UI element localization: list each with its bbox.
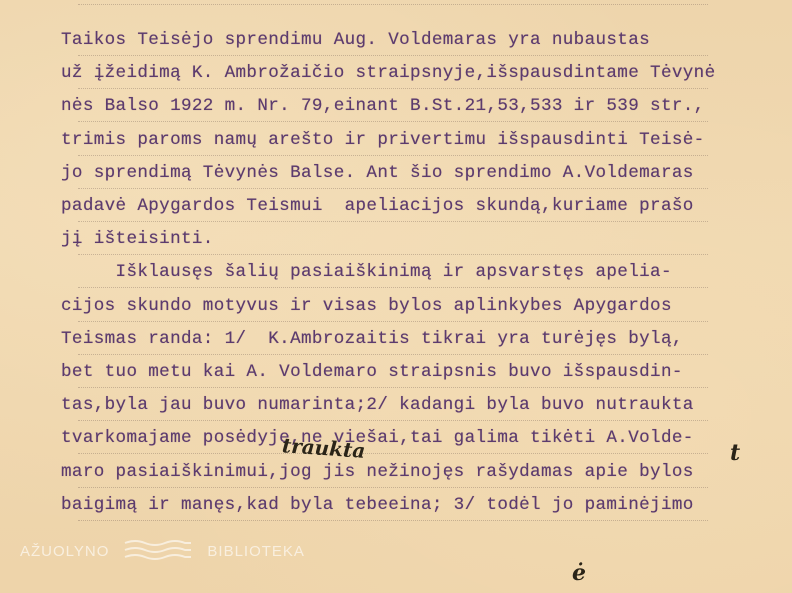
handwritten-correction-t: t bbox=[730, 440, 740, 466]
text-line: tas,byla jau buvo numarinta;2/ kadangi b… bbox=[61, 395, 694, 415]
watermark-left-text: AŽUOLYNO bbox=[20, 543, 109, 560]
dotted-guide-rule bbox=[78, 453, 708, 454]
text-line: cijos skundo motyvus ir visas bylos apli… bbox=[61, 296, 672, 316]
dotted-guide-rule bbox=[78, 387, 708, 388]
handwritten-correction-traukta: traukta bbox=[281, 433, 366, 463]
text-line: jį išteisinti. bbox=[61, 229, 214, 249]
text-line: tvarkomajame posėdyje,ne viešai,tai gali… bbox=[61, 428, 694, 448]
scanned-document-page: Taikos Teisėjo sprendimu Aug. Voldemaras… bbox=[0, 0, 792, 593]
dotted-guide-rule bbox=[78, 55, 708, 56]
dotted-guide-rule bbox=[78, 287, 708, 288]
watermark-right-text: BIBLIOTEKA bbox=[207, 543, 305, 560]
dotted-guide-rule bbox=[78, 121, 708, 122]
handwritten-correction-e: ė bbox=[572, 560, 586, 586]
dotted-guide-rule bbox=[78, 487, 708, 488]
library-watermark: AŽUOLYNO BIBLIOTEKA bbox=[20, 538, 305, 564]
text-line: už įžeidimą K. Ambrožaičio straipsnyje,i… bbox=[61, 63, 715, 83]
text-line: baigimą ir manęs,kad byla tebeeina; 3/ t… bbox=[61, 495, 694, 515]
dotted-guide-rule bbox=[78, 4, 708, 5]
waves-logo-icon bbox=[123, 538, 193, 564]
text-line: nės Balso 1922 m. Nr. 79,einant B.St.21,… bbox=[61, 96, 705, 116]
dotted-guide-rule bbox=[78, 420, 708, 421]
dotted-guide-rule bbox=[78, 354, 708, 355]
text-line: padavė Apygardos Teismui apeliacijos sku… bbox=[61, 196, 694, 216]
dotted-guide-rule bbox=[78, 254, 708, 255]
dotted-guide-rule bbox=[78, 520, 708, 521]
text-line: jo sprendimą Tėvynės Balse. Ant šio spre… bbox=[61, 163, 694, 183]
text-line: Taikos Teisėjo sprendimu Aug. Voldemaras… bbox=[61, 30, 650, 50]
dotted-guide-rule bbox=[78, 188, 708, 189]
text-line: trimis paroms namų arešto ir privertimu … bbox=[61, 130, 705, 150]
dotted-guide-rule bbox=[78, 321, 708, 322]
dotted-guide-rule bbox=[78, 221, 708, 222]
dotted-guide-rule bbox=[78, 88, 708, 89]
text-line: bet tuo metu kai A. Voldemaro straipsnis… bbox=[61, 362, 683, 382]
text-line: maro pasiaiškinimui,jog jis nežinojęs ra… bbox=[61, 462, 694, 482]
dotted-guide-rule bbox=[78, 155, 708, 156]
text-line: Teismas randa: 1/ K.Ambrozaitis tikrai y… bbox=[61, 329, 683, 349]
text-line: Išklausęs šalių pasiaiškinimą ir apsvars… bbox=[61, 262, 672, 282]
